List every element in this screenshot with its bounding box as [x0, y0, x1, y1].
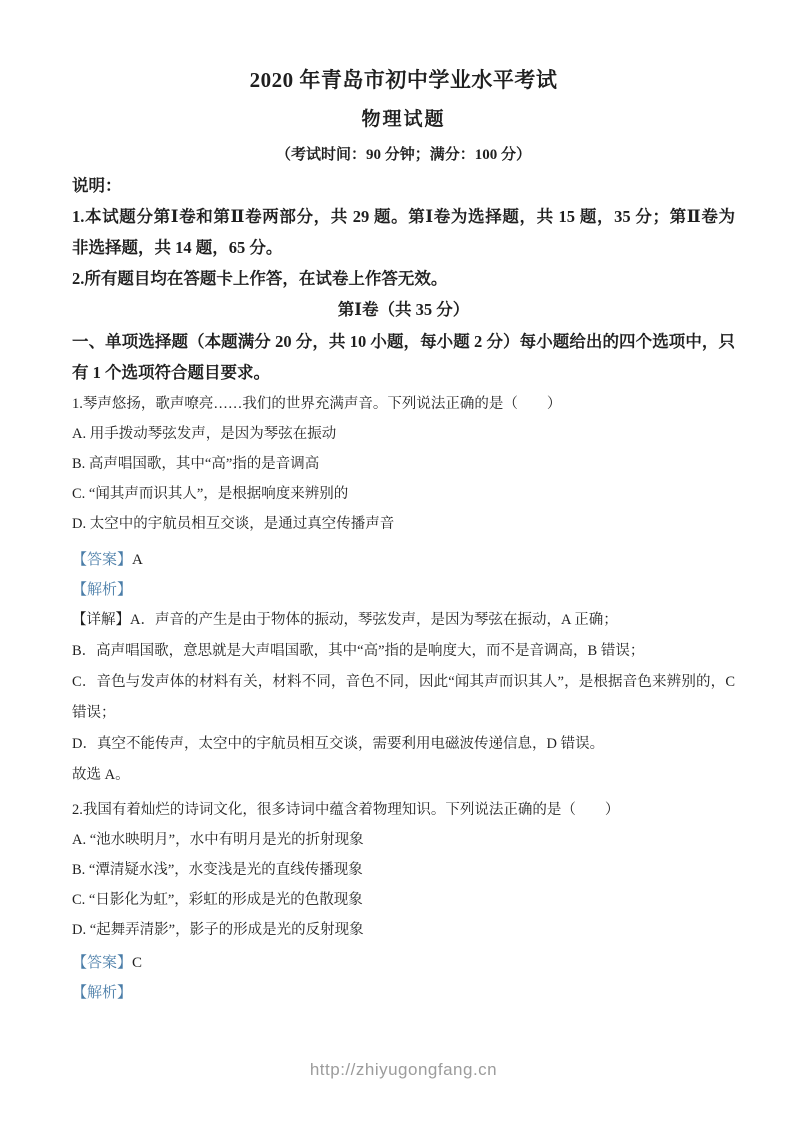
question-1-option-d: D. 太空中的宇航员相互交谈，是通过真空传播声音 [72, 509, 735, 539]
question-1-answer-row: 【答案】A [72, 545, 735, 575]
watermark-url: http://zhiyugongfang.cn [72, 1060, 735, 1080]
question-2-option-d: D. “起舞弄清影”，影子的形成是光的反射现象 [72, 915, 735, 945]
instruction-line-1: 1.本试题分第Ⅰ卷和第Ⅱ卷两部分，共 29 题。第Ⅰ卷为选择题，共 15 题，3… [72, 201, 735, 232]
question-1-detail-line: 【详解】A．声音的产生是由于物体的振动，琴弦发声，是因为琴弦在振动，A 正确； [72, 605, 735, 636]
question-2-answer-row: 【答案】C [72, 948, 735, 978]
part-heading-line-2: 有 1 个选项符合题目要求。 [72, 357, 735, 388]
section-heading: 第Ⅰ卷（共 35 分） [72, 294, 735, 326]
part-heading-line-1: 一、单项选择题（本题满分 20 分，共 10 小题，每小题 2 分）每小题给出的… [72, 326, 735, 357]
instruction-line-3: 2.所有题目均在答题卡上作答，在试卷上作答无效。 [72, 263, 735, 294]
analysis-label: 【解析】 [72, 978, 735, 1008]
answer-label: 【答案】 [72, 552, 132, 568]
question-1-detail-line: B．高声唱国歌，意思就是大声唱国歌，其中“高”指的是响度大，而不是音调高，B 错… [72, 636, 735, 667]
answer-label: 【答案】 [72, 955, 132, 971]
question-2-option-b: B. “潭清疑水浅”，水变浅是光的直线传播现象 [72, 855, 735, 885]
question-1-detail-line: 错误； [72, 698, 735, 729]
question-1-option-b: B. 高声唱国歌，其中“高”指的是音调高 [72, 449, 735, 479]
page-subtitle: 物理试题 [72, 105, 735, 135]
question-1-stem: 1.琴声悠扬，歌声嘹亮……我们的世界充满声音。下列说法正确的是（ ） [72, 389, 735, 419]
notes-heading: 说明： [72, 171, 735, 201]
question-1-detail-line: D．真空不能传声，太空中的宇航员相互交谈，需要利用电磁波传递信息，D 错误。 [72, 729, 735, 760]
answer-value: C [132, 955, 142, 971]
analysis-label: 【解析】 [72, 575, 735, 605]
exam-info: （考试时间：90 分钟；满分：100 分） [72, 141, 735, 169]
question-2-option-c: C. “日影化为虹”，彩虹的形成是光的色散现象 [72, 885, 735, 915]
question-1-option-c: C. “闻其声而识其人”，是根据响度来辨别的 [72, 479, 735, 509]
page-title: 2020 年青岛市初中学业水平考试 [72, 64, 735, 96]
question-1-detail-line: 故选 A。 [72, 760, 735, 791]
instruction-line-2: 非选择题，共 14 题，65 分。 [72, 232, 735, 263]
exam-document: 2020 年青岛市初中学业水平考试 物理试题 （考试时间：90 分钟；满分：10… [0, 0, 793, 1122]
question-1-option-a: A. 用手拨动琴弦发声，是因为琴弦在振动 [72, 419, 735, 449]
question-2-stem: 2.我国有着灿烂的诗词文化，很多诗词中蕴含着物理知识。下列说法正确的是（ ） [72, 795, 735, 825]
question-2-option-a: A. “池水映明月”，水中有明月是光的折射现象 [72, 825, 735, 855]
answer-value: A [132, 552, 143, 568]
question-1-detail-line: C．音色与发声体的材料有关，材料不同，音色不同，因此“闻其声而识其人”，是根据音… [72, 667, 735, 698]
